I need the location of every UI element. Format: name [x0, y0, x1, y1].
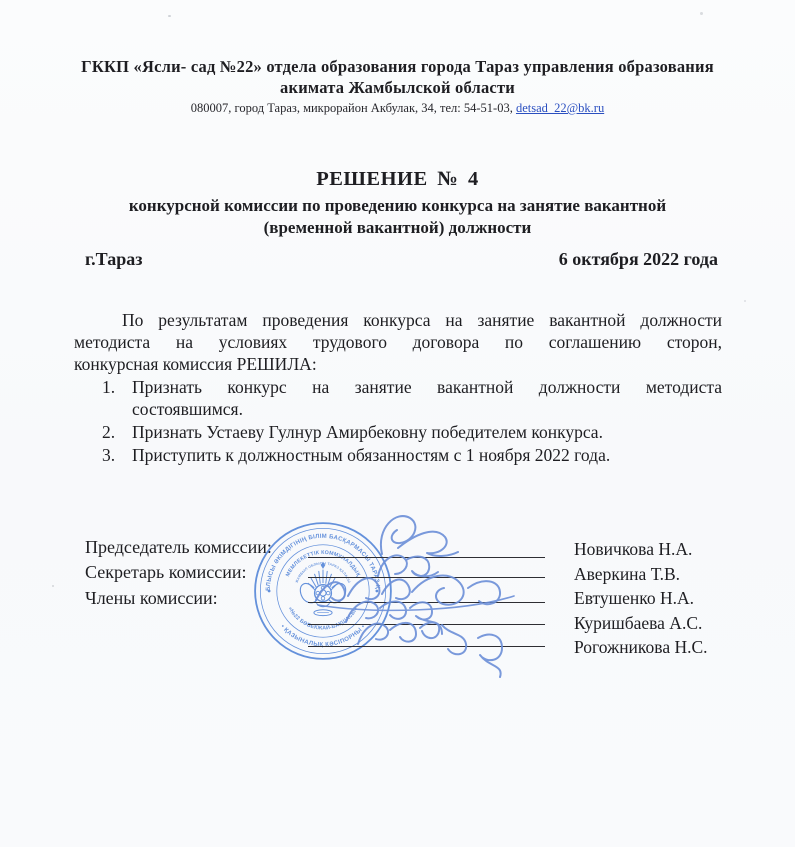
document-subtitle-line2: (временной вакантной) должности	[0, 217, 795, 239]
title-block: РЕШЕНИЕ № 4 конкурсной комиссии по прове…	[0, 166, 795, 239]
label-chairman: Председатель комиссии:	[85, 535, 272, 560]
list-number: 2.	[102, 421, 132, 443]
paragraph-line: методиста на условиях трудового договора…	[74, 331, 722, 353]
signer-names: Новичкова Н.А. Аверкина Т.В. Евтушенко Н…	[574, 537, 708, 660]
label-secretary: Секретарь комиссии:	[85, 560, 272, 585]
list-item-text: Признать конкурс на занятие вакантной до…	[132, 376, 722, 398]
signatures-ink-icon	[278, 508, 578, 678]
scan-speck	[168, 15, 171, 17]
list-item-text: состоявшимся.	[132, 398, 722, 420]
place-date-row: г.Тараз 6 октября 2022 года	[85, 249, 718, 270]
list-item-text: Приступить к должностным обязанностям с …	[132, 444, 722, 466]
scan-speck	[744, 300, 746, 302]
label-members: Члены комиссии:	[85, 586, 272, 611]
signer-name: Евтушенко Н.А.	[574, 586, 708, 611]
resolution-item-1: 1. Признать конкурс на занятие вакантной…	[74, 376, 722, 420]
signer-name: Новичкова Н.А.	[574, 537, 708, 562]
email-link[interactable]: detsad_22@bk.ru	[516, 101, 604, 115]
address-text: 080007, город Тараз, микрорайон Акбулак,…	[191, 101, 513, 115]
document-body: По результатам проведения конкурса на за…	[74, 309, 722, 466]
list-number: 3.	[102, 444, 132, 466]
list-item-text: Признать Устаеву Гулнур Амирбековну побе…	[132, 421, 722, 443]
resolution-item-2: 2. Признать Устаеву Гулнур Амирбековну п…	[74, 421, 722, 443]
paragraph-line: По результатам проведения конкурса на за…	[74, 309, 722, 331]
org-name-line1: ГККП «Ясли- сад №22» отдела образования …	[0, 56, 795, 77]
signer-name: Рогожникова Н.С.	[574, 635, 708, 660]
document-subtitle-line1: конкурсной комиссии по проведению конкур…	[0, 195, 795, 217]
scan-speck	[52, 585, 54, 587]
list-number: 1.	[102, 376, 132, 420]
org-name-line2: акимата Жамбылской области	[0, 77, 795, 98]
org-address: 080007, город Тараз, микрорайон Акбулак,…	[0, 100, 795, 116]
org-header: ГККП «Ясли- сад №22» отдела образования …	[0, 56, 795, 116]
signature-labels: Председатель комиссии: Секретарь комисси…	[85, 535, 272, 611]
scanned-document-page: ГККП «Ясли- сад №22» отдела образования …	[0, 0, 795, 847]
signer-name: Куришбаева А.С.	[574, 611, 708, 636]
document-title: РЕШЕНИЕ № 4	[0, 166, 795, 192]
document-place: г.Тараз	[85, 249, 142, 270]
handwritten-signatures	[278, 508, 578, 678]
resolution-item-3: 3. Приступить к должностным обязанностям…	[74, 444, 722, 466]
document-date: 6 октября 2022 года	[559, 249, 718, 270]
paragraph-line: конкурсная комиссия РЕШИЛА:	[74, 353, 722, 375]
signer-name: Аверкина Т.В.	[574, 562, 708, 587]
scan-speck	[700, 12, 703, 15]
